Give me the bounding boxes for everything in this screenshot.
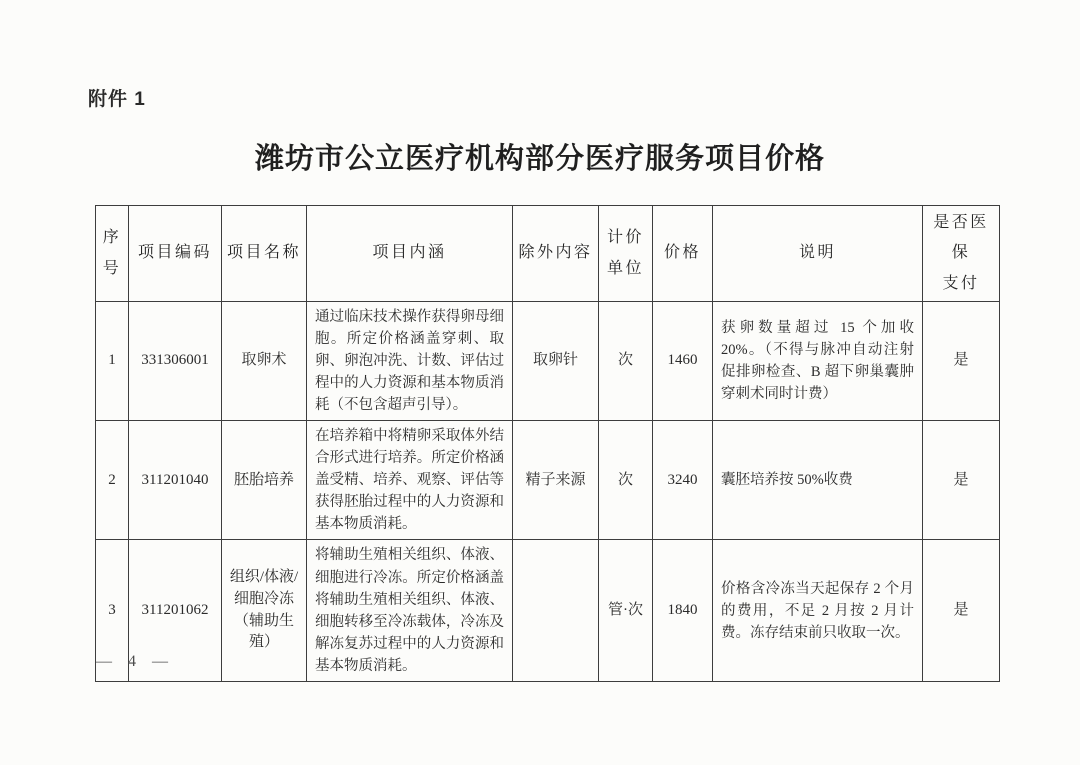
cell-price: 1840 [653,540,713,681]
cell-content: 将辅助生殖相关组织、体液、细胞进行冷冻。所定价格涵盖将辅助生殖相关组织、体液、细… [307,540,513,681]
cell-insurance: 是 [923,302,1000,421]
header-price: 价格 [653,206,713,302]
cell-note: 获卵数量超过 15 个加收 20%。（不得与脉冲自动注射促排卵检查、B 超下卵巢… [713,302,923,421]
price-table: 序 号 项目编码 项目名称 项目内涵 除外内容 计价 单位 价格 说明 是否医保… [95,205,1000,682]
header-note: 说明 [713,206,923,302]
cell-note: 囊胚培养按 50%收费 [713,421,923,540]
cell-content: 通过临床技术操作获得卵母细胞。所定价格涵盖穿刺、取卵、卵泡冲洗、计数、评估过程中… [307,302,513,421]
cell-exclusion [513,540,599,681]
document-page: 附件 1 潍坊市公立医疗机构部分医疗服务项目价格 序 号 项目编码 项目名称 项… [0,0,1080,765]
cell-note: 价格含冷冻当天起保存 2 个月的费用，不足 2 月按 2 月计费。冻存结束前只收… [713,540,923,681]
cell-name: 胚胎培养 [222,421,307,540]
header-row: 序 号 项目编码 项目名称 项目内涵 除外内容 计价 单位 价格 说明 是否医保… [96,206,1000,302]
header-seq: 序 号 [96,206,129,302]
header-name: 项目名称 [222,206,307,302]
cell-name: 取卵术 [222,302,307,421]
cell-insurance: 是 [923,540,1000,681]
header-unit: 计价 单位 [599,206,653,302]
cell-code: 311201040 [129,421,222,540]
cell-seq: 1 [96,302,129,421]
table-row: 1 331306001 取卵术 通过临床技术操作获得卵母细胞。所定价格涵盖穿刺、… [96,302,1000,421]
cell-insurance: 是 [923,421,1000,540]
attachment-label: 附件 1 [88,84,146,111]
header-code: 项目编码 [129,206,222,302]
cell-unit: 次 [599,302,653,421]
table-row: 2 311201040 胚胎培养 在培养箱中将精卵采取体外结合形式进行培养。所定… [96,421,1000,540]
page-number: — 4 — [96,653,174,671]
cell-exclusion: 取卵针 [513,302,599,421]
cell-unit: 管·次 [599,540,653,681]
cell-name: 组织/体液/细胞冷冻（辅助生殖） [222,540,307,681]
cell-code: 331306001 [129,302,222,421]
header-content: 项目内涵 [307,206,513,302]
table-row: 3 311201062 组织/体液/细胞冷冻（辅助生殖） 将辅助生殖相关组织、体… [96,540,1000,681]
page-title: 潍坊市公立医疗机构部分医疗服务项目价格 [0,136,1080,177]
cell-seq: 2 [96,421,129,540]
cell-exclusion: 精子来源 [513,421,599,540]
cell-unit: 次 [599,421,653,540]
cell-price: 1460 [653,302,713,421]
cell-price: 3240 [653,421,713,540]
header-insurance: 是否医保 支付 [923,206,1000,302]
cell-content: 在培养箱中将精卵采取体外结合形式进行培养。所定价格涵盖受精、培养、观察、评估等获… [307,421,513,540]
header-exclusion: 除外内容 [513,206,599,302]
